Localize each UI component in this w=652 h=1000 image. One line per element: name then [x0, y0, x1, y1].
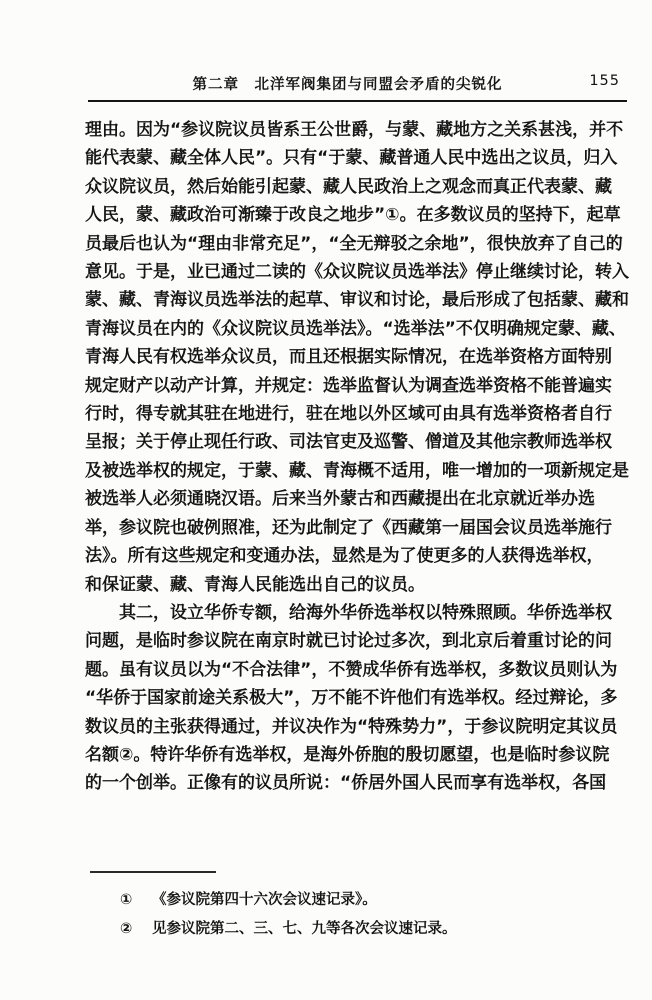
page-number: 155 [589, 73, 620, 89]
footnote-item: ① 《参议院第四十六次会议速记录》。 [120, 886, 590, 915]
text-line: 及被选举权的规定，于蒙、藏、青海概不适用，唯一增加的一项新规定是 [85, 457, 581, 485]
text-line: 众议院议员，然后始能引起蒙、藏人民政治上之观念而真正代表蒙、藏 [85, 173, 581, 201]
text-line: “华侨于国家前途关系极大”，万不能不许他们有选举权。经过辩论，多 [85, 684, 581, 712]
footnote-marker: ② [120, 915, 152, 944]
text-line: 法》。所有这些规定和变通办法，显然是为了使更多的人获得选举权， [85, 542, 581, 570]
text-line: 名额②。特许华侨有选举权，是海外侨胞的殷切愿望，也是临时参议院 [85, 741, 581, 769]
footnote-separator [90, 871, 216, 873]
text-line: 蒙、藏、青海议员选举法的起草、审议和讨论，最后形成了包括蒙、藏和 [85, 286, 581, 314]
text-line: 员最后也认为“理由非常充足”，“全无辩驳之余地”，很快放弃了自己的 [85, 230, 581, 258]
text-line: 理由。因为“参议院议员皆系王公世爵，与蒙、藏地方之关系甚浅，并不 [85, 116, 581, 144]
text-line: 行时，得专就其驻在地进行，驻在地以外区域可由具有选举资格者自行 [85, 400, 581, 428]
text-line: 规定财产以动产计算，并规定：选举监督认为调查选举资格不能普遍实 [85, 372, 581, 400]
footnotes: ① 《参议院第四十六次会议速记录》。 ② 见参议院第二、三、七、九等各次会议速记… [120, 886, 590, 944]
text-line: 的一个创举。正像有的议员所说：“侨居外国人民而享有选举权，各国 [85, 769, 581, 797]
text-line: 能代表蒙、藏全体人民”。只有“于蒙、藏普通人民中选出之议员，归入 [85, 144, 581, 172]
text-line: 问题，是临时参议院在南京时就已讨论过多次，到北京后着重讨论的问 [85, 627, 581, 655]
book-page: 第二章 北洋军阀集团与同盟会矛盾的尖锐化 155 理由。因为“参议院议员皆系王公… [0, 0, 652, 1000]
footnote-text: 见参议院第二、三、七、九等各次会议速记录。 [152, 915, 590, 944]
body-text: 理由。因为“参议院议员皆系王公世爵，与蒙、藏地方之关系甚浅，并不 能代表蒙、藏全… [85, 116, 581, 798]
running-header-chapter-title: 第二章 北洋军阀集团与同盟会矛盾的尖锐化 [70, 73, 625, 94]
text-line: 青海议员在内的《众议院议员选举法》。“选举法”不仅明确规定蒙、藏、 [85, 315, 581, 343]
text-line: 其二，设立华侨专额，给海外华侨选举权以特殊照顾。华侨选举权 [85, 599, 581, 627]
footnote-text: 《参议院第四十六次会议速记录》。 [152, 886, 590, 915]
header-rule [88, 100, 627, 102]
text-line: 人民，蒙、藏政治可渐臻于改良之地步”①。在多数议员的坚持下，起草 [85, 201, 581, 229]
text-line: 呈报；关于停止现任行政、司法官吏及巡警、僧道及其他宗教师选举权 [85, 428, 581, 456]
text-line: 举，参议院也破例照准，还为此制定了《西藏第一届国会议员选举施行 [85, 514, 581, 542]
text-line: 青海人民有权选举众议员，而且还根据实际情况，在选举资格方面特别 [85, 343, 581, 371]
text-line: 题。虽有议员以为“不合法律”，不赞成华侨有选举权，多数议员则认为 [85, 656, 581, 684]
text-line: 被选举人必须通晓汉语。后来当外蒙古和西藏提出在北京就近举办选 [85, 485, 581, 513]
paragraph-1: 理由。因为“参议院议员皆系王公世爵，与蒙、藏地方之关系甚浅，并不 能代表蒙、藏全… [85, 116, 581, 599]
footnote-item: ② 见参议院第二、三、七、九等各次会议速记录。 [120, 915, 590, 944]
text-line: 和保证蒙、藏、青海人民能选出自己的议员。 [85, 571, 581, 599]
text-line: 意见。于是，业已通过二读的《众议院议员选举法》停止继续讨论，转入 [85, 258, 581, 286]
paragraph-2: 其二，设立华侨专额，给海外华侨选举权以特殊照顾。华侨选举权 问题，是临时参议院在… [85, 599, 581, 798]
text-line: 数议员的主张获得通过，并议决作为“特殊势力”，于参议院明定其议员 [85, 713, 581, 741]
footnote-marker: ① [120, 886, 152, 915]
